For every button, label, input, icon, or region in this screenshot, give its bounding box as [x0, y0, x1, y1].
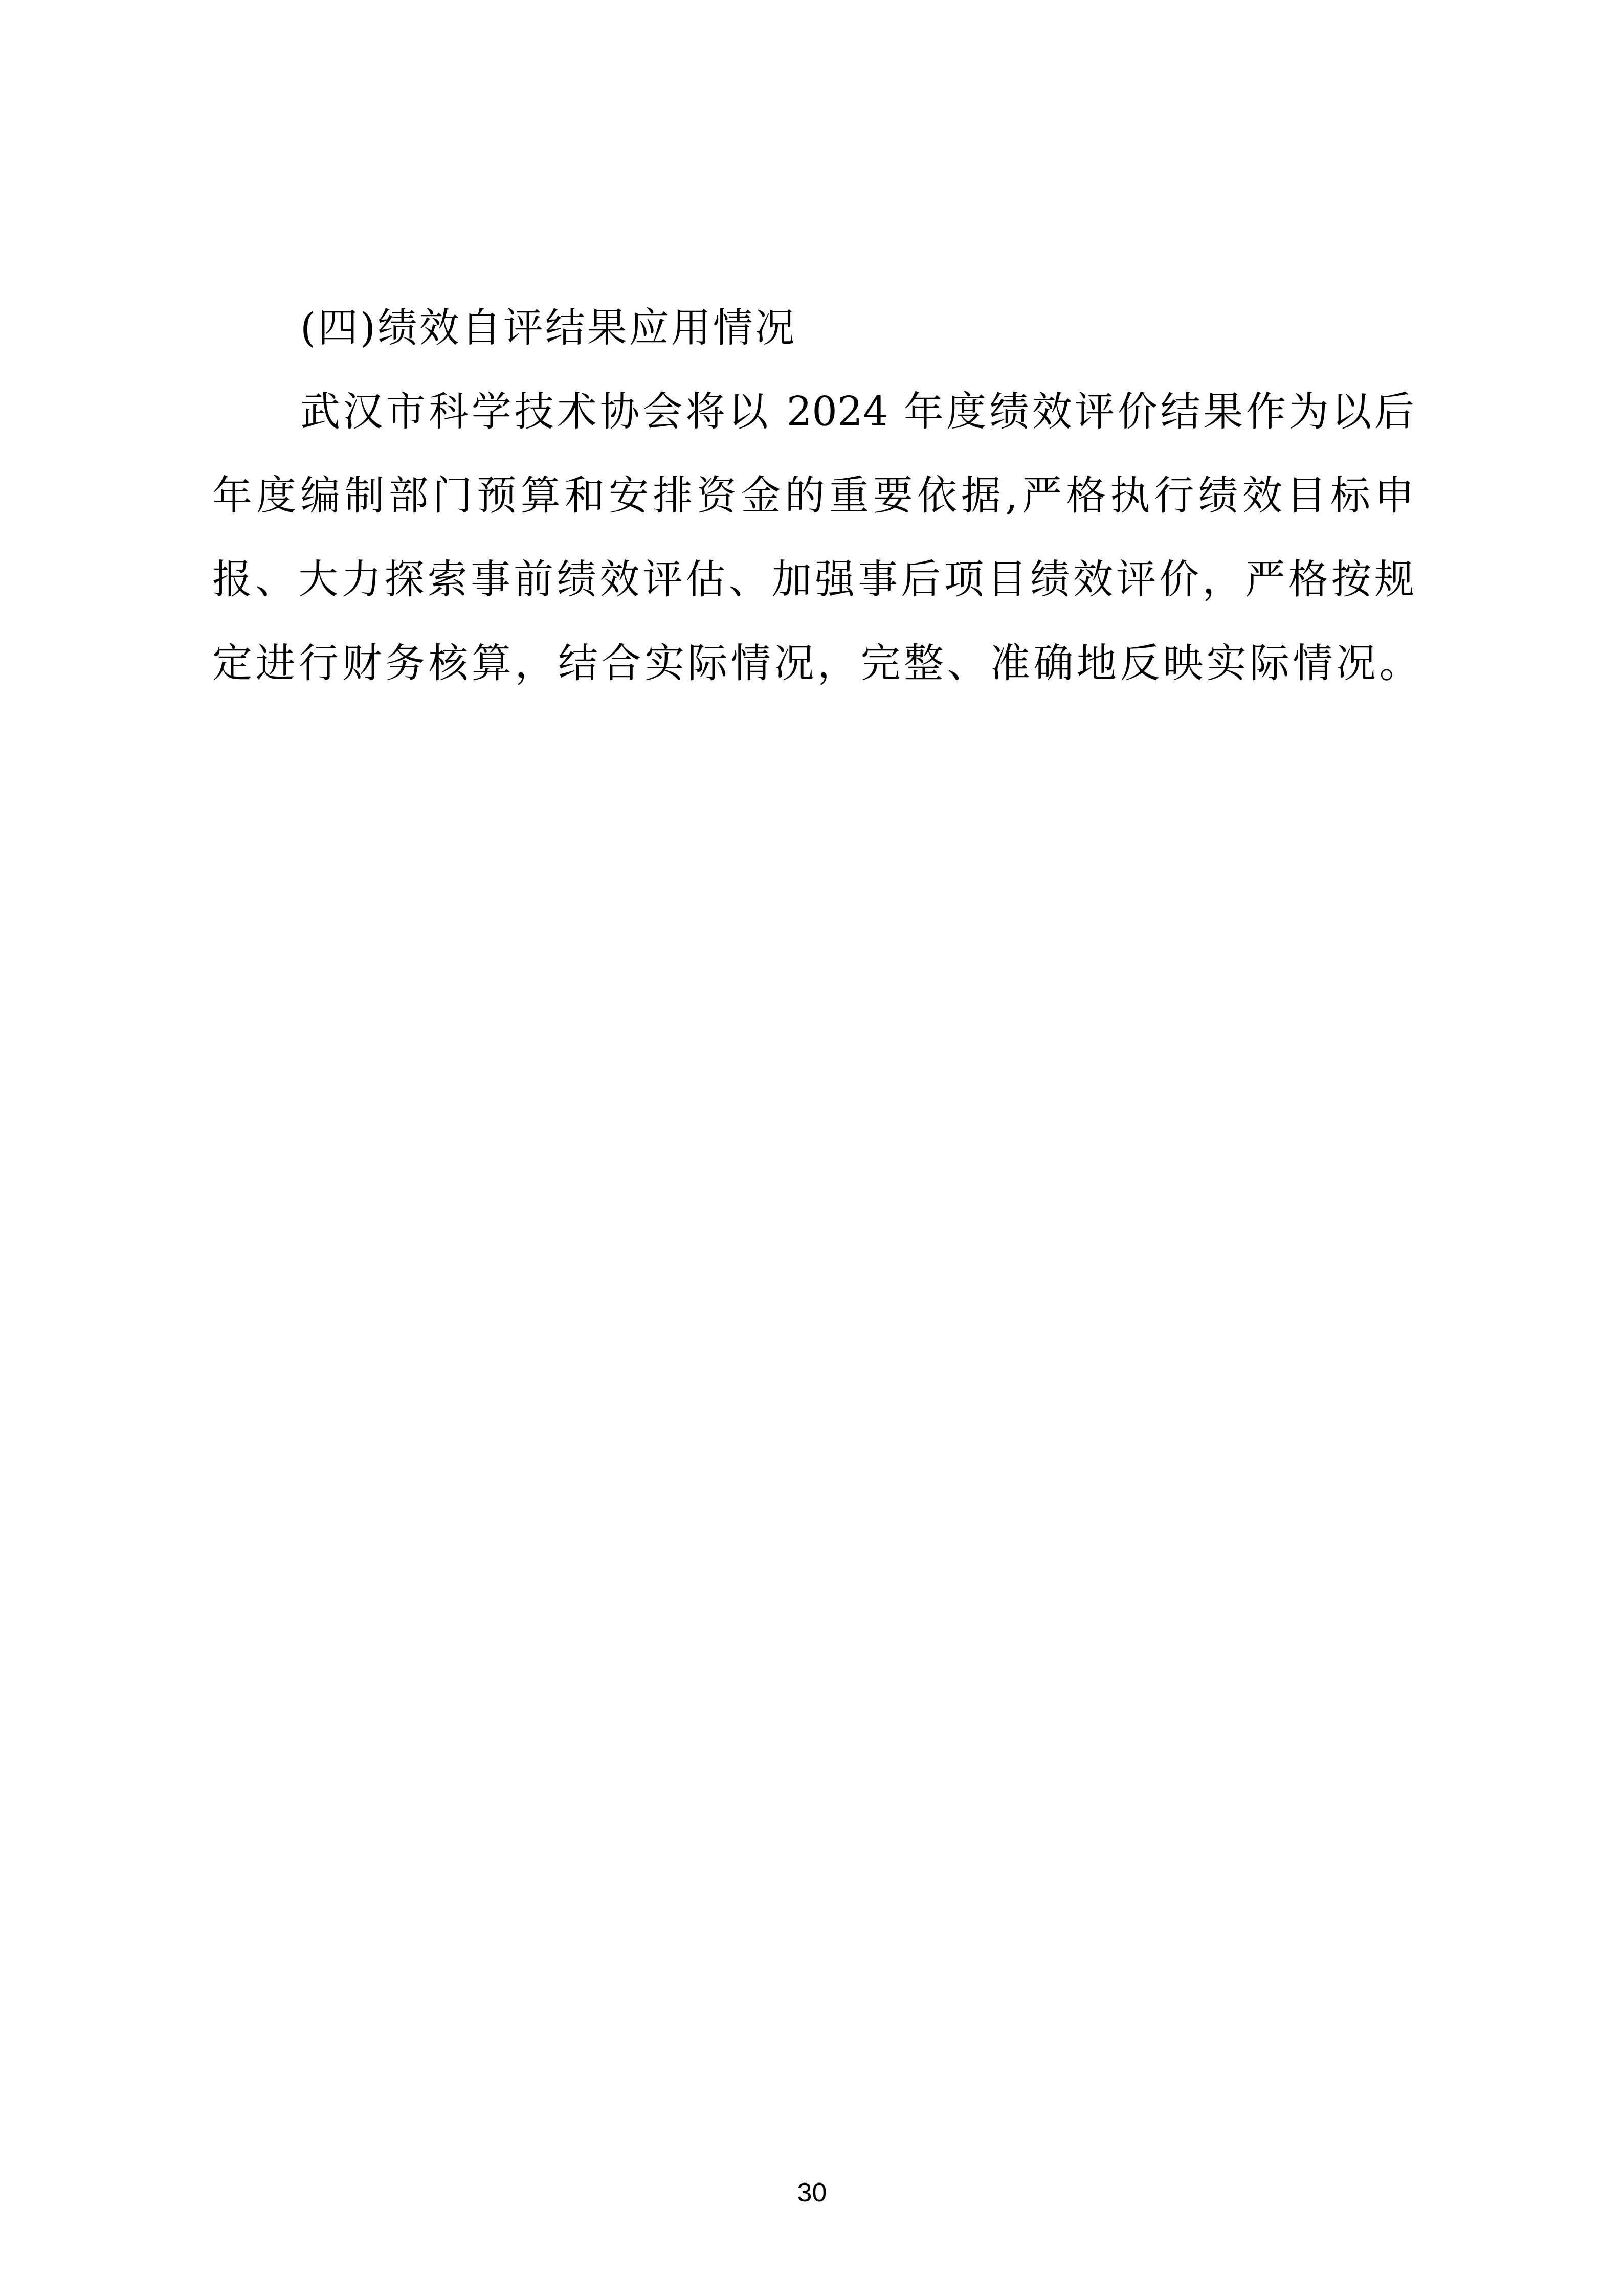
document-page: (四)绩效自评结果应用情况 武汉市科学技术协会将以 2024 年度绩效评价结果作… [0, 0, 1624, 2296]
paragraph-line: 定进行财务核算，结合实际情况，完整、准确地反映实际情况。 [212, 622, 1414, 706]
page-number: 30 [0, 2177, 1624, 2208]
paragraph-line: 年度编制部门预算和安排资金的重要依据,严格执行绩效目标申 [212, 454, 1414, 538]
paragraph-performance-results-application: 武汉市科学技术协会将以 2024 年度绩效评价结果作为以后 年度编制部门预算和安… [212, 370, 1414, 706]
section-heading: (四)绩效自评结果应用情况 [212, 286, 1414, 370]
body-text-block: (四)绩效自评结果应用情况 武汉市科学技术协会将以 2024 年度绩效评价结果作… [212, 286, 1414, 706]
paragraph-line: 报、大力探索事前绩效评估、加强事后项目绩效评价，严格按规 [212, 538, 1414, 622]
paragraph-line: 武汉市科学技术协会将以 2024 年度绩效评价结果作为以后 [212, 370, 1414, 454]
